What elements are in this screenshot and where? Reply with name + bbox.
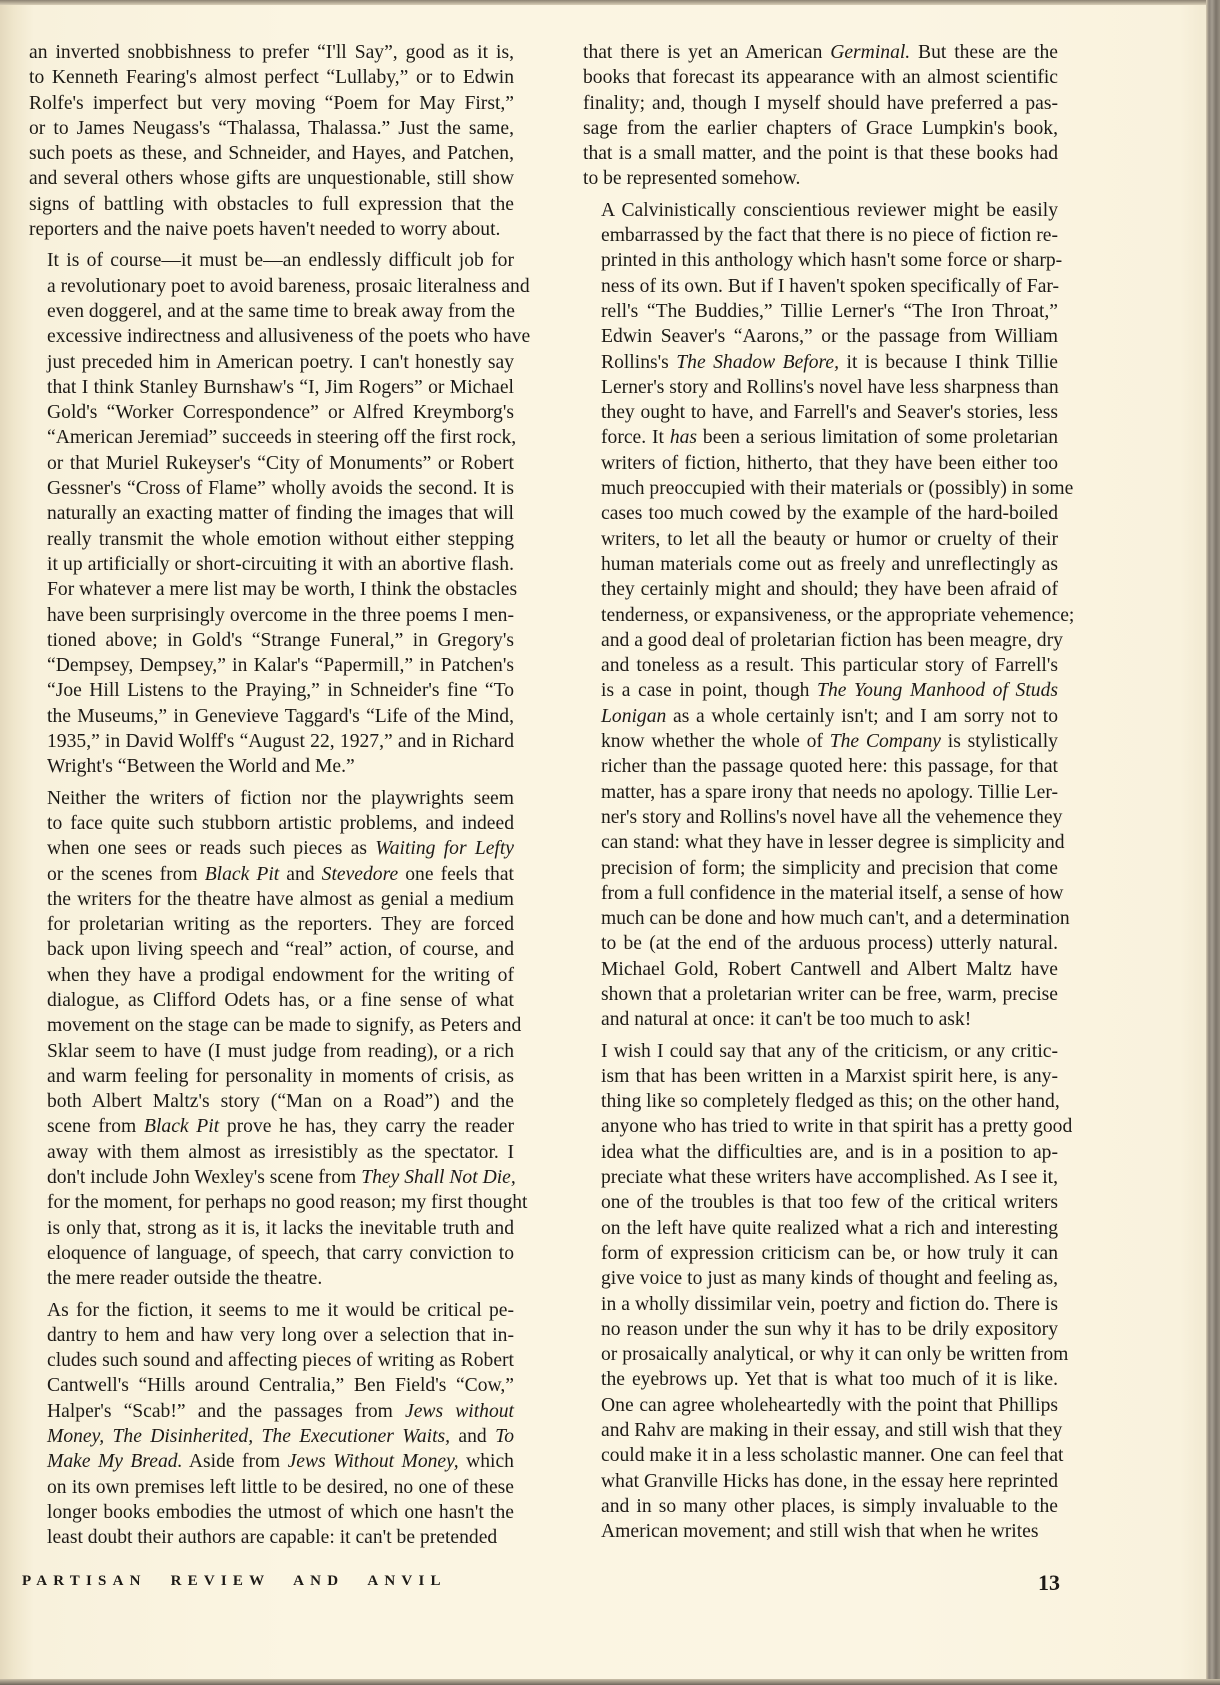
- text-line: “Dempsey, Dempsey,” in Kalar's “Papermil…: [29, 653, 514, 678]
- running-footer-publication: PARTISAN REVIEW AND ANVIL: [22, 1573, 447, 1590]
- text-line: cases too much cowed by the example of t…: [583, 501, 1058, 526]
- text-line: to be represented somehow.: [583, 166, 1058, 191]
- right-text-column: that there is yet an American Germinal. …: [583, 40, 1058, 1551]
- text-line: rell's “The Buddies,” Tillie Lerner's “T…: [583, 299, 1058, 324]
- text-line: the writers for the theatre have almost …: [29, 887, 514, 912]
- text-line: finality; and, though I myself should ha…: [583, 91, 1058, 116]
- text-line: preciate what these writers have accompl…: [583, 1165, 1058, 1190]
- text-line: and several others whose gifts are unque…: [29, 166, 514, 191]
- text-line: could make it in a less scholastic manne…: [583, 1443, 1058, 1468]
- text-line: when they have a prodigal endowment for …: [29, 963, 514, 988]
- text-line: in a wholly dissimilar vein, poetry and …: [583, 1292, 1058, 1317]
- paragraph: A Calvinistically conscientious reviewer…: [583, 198, 1058, 1033]
- paragraph: As for the fiction, it seems to me it wo…: [29, 1298, 514, 1551]
- text-line: know whether the whole of The Company is…: [583, 729, 1058, 754]
- text-line: is only that, strong as it is, it lacks …: [29, 1216, 514, 1241]
- text-line: force. It has been a serious limitation …: [583, 425, 1058, 450]
- text-line: It is of course—it must be—an endlessly …: [29, 248, 514, 273]
- text-line: and Rahv are making in their essay, and …: [583, 1418, 1058, 1443]
- paragraph: that there is yet an American Germinal. …: [583, 40, 1058, 192]
- text-line: As for the fiction, it seems to me it wo…: [29, 1298, 514, 1323]
- text-line: or the scenes from Black Pit and Stevedo…: [29, 862, 514, 887]
- text-line: when one sees or reads such pieces as Wa…: [29, 836, 514, 861]
- text-line: sage from the earlier chapters of Grace …: [583, 116, 1058, 141]
- text-line: thing like so completely fledged as this…: [583, 1089, 1058, 1114]
- text-line: and in so many other places, is simply i…: [583, 1494, 1058, 1519]
- text-line: Rolfe's imperfect but very moving “Poem …: [29, 91, 514, 116]
- text-line: 1935,” in David Wolff's “August 22, 1927…: [29, 729, 514, 754]
- page-top-edge: [0, 0, 1220, 5]
- text-line: much preoccupied with their materials or…: [583, 476, 1058, 501]
- text-line: cludes such sound and affecting pieces o…: [29, 1348, 514, 1373]
- text-line: dantry to hem and haw very long over a s…: [29, 1323, 514, 1348]
- text-line: precision of form; the simplicity and pr…: [583, 856, 1058, 881]
- text-line: to face quite such stubborn artistic pro…: [29, 811, 514, 836]
- text-line: such poets as these, and Schneider, and …: [29, 141, 514, 166]
- text-line: they ought to have, and Farrell's and Se…: [583, 400, 1058, 425]
- left-text-column: an inverted snobbishness to prefer “I'll…: [29, 40, 514, 1557]
- text-line: ism that has been written in a Marxist s…: [583, 1064, 1058, 1089]
- text-line: Wright's “Between the World and Me.”: [29, 754, 514, 779]
- text-line: that there is yet an American Germinal. …: [583, 40, 1058, 65]
- text-line: that I think Stanley Burnshaw's “I, Jim …: [29, 375, 514, 400]
- text-line: books that forecast its appearance with …: [583, 65, 1058, 90]
- paragraph: I wish I could say that any of the criti…: [583, 1039, 1058, 1545]
- text-line: idea what the difficulties are, and is i…: [583, 1140, 1058, 1165]
- text-line: reporters and the naive poets haven't ne…: [29, 217, 514, 242]
- text-line: the Museums,” in Genevieve Taggard's “Li…: [29, 704, 514, 729]
- book-spine-edge: [1206, 0, 1220, 1685]
- text-line: the eyebrows up. Yet that is what too mu…: [583, 1367, 1058, 1392]
- text-line: “Joe Hill Listens to the Praying,” in Sc…: [29, 678, 514, 703]
- text-line: and warm feeling for personality in mome…: [29, 1064, 514, 1089]
- text-line: Gessner's “Cross of Flame” wholly avoids…: [29, 476, 514, 501]
- text-line: to Kenneth Fearing's almost perfect “Lul…: [29, 65, 514, 90]
- text-line: Halper's “Scab!” and the passages from J…: [29, 1399, 514, 1424]
- text-line: Sklar seem to have (I must judge from re…: [29, 1039, 514, 1064]
- text-line: A Calvinistically conscientious reviewer…: [583, 198, 1058, 223]
- text-line: embarrassed by the fact that there is no…: [583, 223, 1058, 248]
- text-line: printed in this anthology which hasn't s…: [583, 248, 1058, 273]
- text-line: One can agree wholeheartedly with the po…: [583, 1393, 1058, 1418]
- page-number: 13: [1038, 1570, 1060, 1596]
- text-line: Michael Gold, Robert Cantwell and Albert…: [583, 957, 1058, 982]
- text-line: for the moment, for perhaps no good reas…: [29, 1190, 514, 1215]
- text-line: scene from Black Pit prove he has, they …: [29, 1114, 514, 1139]
- text-line: from a full confidence in the material i…: [583, 881, 1058, 906]
- magazine-page: an inverted snobbishness to prefer “I'll…: [0, 0, 1220, 1685]
- text-line: away with them almost as irresistibly as…: [29, 1140, 514, 1165]
- text-line: American movement; and still wish that w…: [583, 1519, 1058, 1544]
- text-line: human materials come out as freely and u…: [583, 552, 1058, 577]
- text-line: Neither the writers of fiction nor the p…: [29, 786, 514, 811]
- text-line: Cantwell's “Hills around Centralia,” Ben…: [29, 1373, 514, 1398]
- text-line: For whatever a mere list may be worth, I…: [29, 577, 514, 602]
- text-line: give voice to just as many kinds of thou…: [583, 1266, 1058, 1291]
- text-line: Edwin Seaver's “Aarons,” or the passage …: [583, 324, 1058, 349]
- text-line: and a good deal of proletarian fiction h…: [583, 628, 1058, 653]
- text-line: tioned above; in Gold's “Strange Funeral…: [29, 628, 514, 653]
- text-line: matter, has a spare irony that needs no …: [583, 780, 1058, 805]
- text-line: that is a small matter, and the point is…: [583, 141, 1058, 166]
- text-line: Money, The Disinherited, The Executioner…: [29, 1424, 514, 1449]
- text-line: can stand: what they have in lesser degr…: [583, 830, 1058, 855]
- text-line: even doggerel, and at the same time to b…: [29, 299, 514, 324]
- text-line: or to James Neugass's “Thalassa, Thalass…: [29, 116, 514, 141]
- text-line: have been surprisingly overcome in the t…: [29, 603, 514, 628]
- text-line: both Albert Maltz's story (“Man on a Roa…: [29, 1089, 514, 1114]
- paragraph: It is of course—it must be—an endlessly …: [29, 248, 514, 779]
- text-line: “American Jeremiad” succeeds in steering…: [29, 425, 514, 450]
- text-line: don't include John Wexley's scene from T…: [29, 1165, 514, 1190]
- text-line: on the left have quite realized what a r…: [583, 1216, 1058, 1241]
- text-line: one of the troubles is that too few of t…: [583, 1190, 1058, 1215]
- text-line: ner's story and Rollins's novel have all…: [583, 805, 1058, 830]
- text-line: least doubt their authors are capable: i…: [29, 1525, 514, 1550]
- text-line: really transmit the whole emotion withou…: [29, 527, 514, 552]
- text-line: they certainly might and should; they ha…: [583, 577, 1058, 602]
- text-line: excessive indirectness and allusiveness …: [29, 324, 514, 349]
- text-line: dialogue, as Clifford Odets has, or a fi…: [29, 988, 514, 1013]
- text-line: Make My Bread. Aside from Jews Without M…: [29, 1449, 514, 1474]
- text-line: eloquence of language, of speech, that c…: [29, 1241, 514, 1266]
- text-line: back upon living speech and “real” actio…: [29, 937, 514, 962]
- text-line: just preceded him in American poetry. I …: [29, 350, 514, 375]
- text-line: writers of fiction, hitherto, that they …: [583, 451, 1058, 476]
- text-line: Rollins's The Shadow Before, it is becau…: [583, 350, 1058, 375]
- text-line: Lonigan as a whole certainly isn't; and …: [583, 704, 1058, 729]
- text-line: and natural at once: it can't be too muc…: [583, 1007, 1058, 1032]
- text-line: shown that a proletarian writer can be f…: [583, 982, 1058, 1007]
- text-line: an inverted snobbishness to prefer “I'll…: [29, 40, 514, 65]
- text-line: signs of battling with obstacles to full…: [29, 192, 514, 217]
- text-line: for proletarian writing as the reporters…: [29, 912, 514, 937]
- text-line: a revolutionary poet to avoid bareness, …: [29, 274, 514, 299]
- page-bottom-edge: [0, 1679, 1220, 1685]
- text-line: to be (at the end of the arduous process…: [583, 931, 1058, 956]
- text-line: anyone who has tried to write in that sp…: [583, 1114, 1058, 1139]
- text-line: much can be done and how much can't, and…: [583, 906, 1058, 931]
- paragraph: Neither the writers of fiction nor the p…: [29, 786, 514, 1292]
- paragraph: an inverted snobbishness to prefer “I'll…: [29, 40, 514, 242]
- text-line: what Granville Hicks has done, in the es…: [583, 1469, 1058, 1494]
- text-line: or that Muriel Rukeyser's “City of Monum…: [29, 451, 514, 476]
- text-line: no reason under the sun why it has to be…: [583, 1317, 1058, 1342]
- text-line: ness of its own. But if I haven't spoken…: [583, 274, 1058, 299]
- text-line: naturally an exacting matter of finding …: [29, 501, 514, 526]
- text-line: it up artificially or short-circuiting i…: [29, 552, 514, 577]
- text-line: the mere reader outside the theatre.: [29, 1266, 514, 1291]
- text-line: on its own premises left little to be de…: [29, 1475, 514, 1500]
- text-line: tenderness, or expansiveness, or the app…: [583, 603, 1058, 628]
- text-line: form of expression criticism can be, or …: [583, 1241, 1058, 1266]
- text-line: writers, to let all the beauty or humor …: [583, 527, 1058, 552]
- text-line: movement on the stage can be made to sig…: [29, 1013, 514, 1038]
- text-line: or prosaically analytical, or why it can…: [583, 1342, 1058, 1367]
- text-line: richer than the passage quoted here: thi…: [583, 754, 1058, 779]
- text-line: Gold's “Worker Correspondence” or Alfred…: [29, 400, 514, 425]
- text-line: and toneless as a result. This particula…: [583, 653, 1058, 678]
- text-line: longer books embodies the utmost of whic…: [29, 1500, 514, 1525]
- text-line: I wish I could say that any of the criti…: [583, 1039, 1058, 1064]
- text-line: Lerner's story and Rollins's novel have …: [583, 375, 1058, 400]
- text-line: is a case in point, though The Young Man…: [583, 678, 1058, 703]
